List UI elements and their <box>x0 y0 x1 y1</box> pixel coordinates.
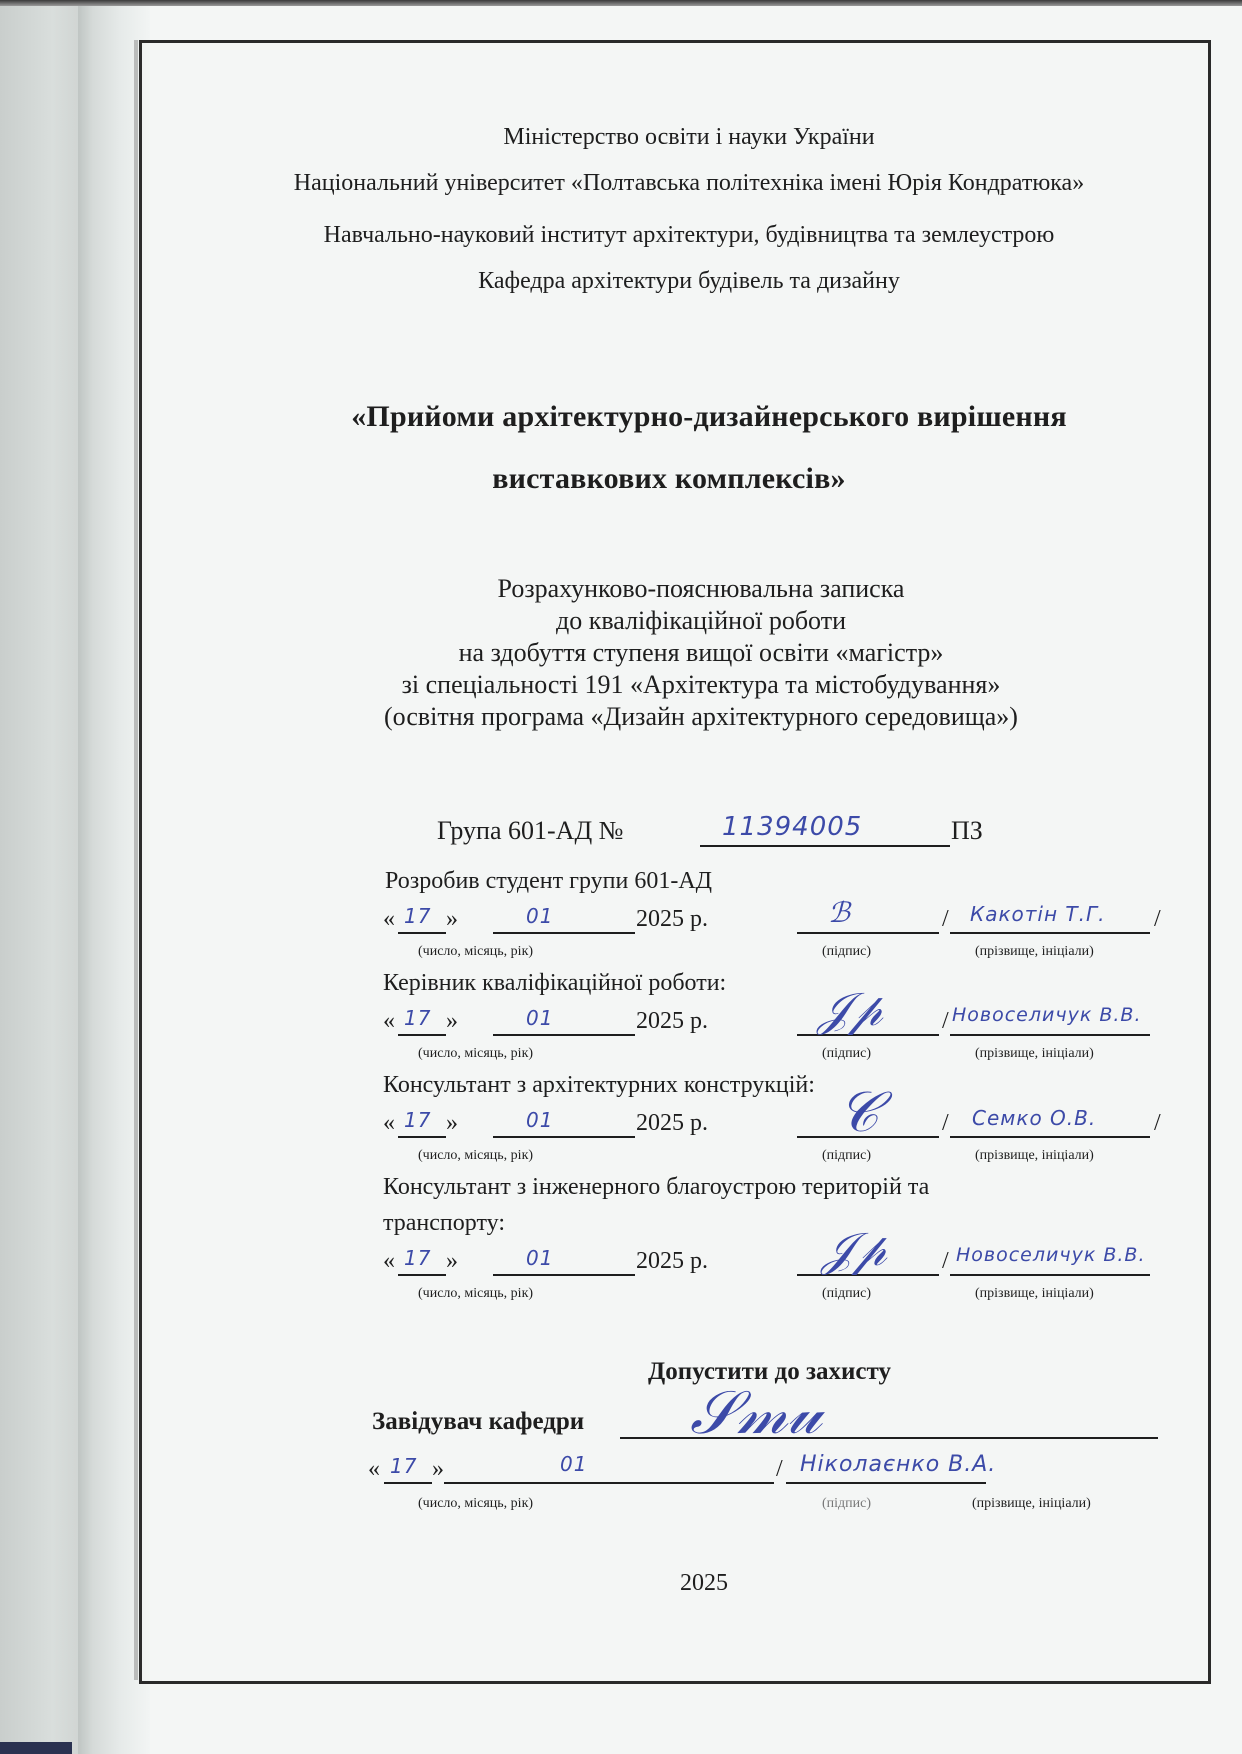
construction-consultant-name: Семко О.В. <box>972 1106 1096 1130</box>
name-caption: (прізвище, ініціали) <box>975 1148 1094 1164</box>
slash: / <box>1154 906 1161 933</box>
binding-strip <box>78 0 92 1754</box>
scan-bottom-edge <box>0 1742 72 1754</box>
name-underline <box>950 1136 1150 1138</box>
month-underline <box>493 932 635 934</box>
description-line-2: до кваліфікаційної роботи <box>80 606 1242 636</box>
student-day: 17 <box>404 904 431 928</box>
supervisor-year: 2025 р. <box>636 1008 708 1035</box>
supervisor-role: Керівник кваліфікаційної роботи: <box>383 970 726 997</box>
name-caption: (прізвище, ініціали) <box>975 1046 1094 1062</box>
quote-open: « <box>383 1008 395 1035</box>
month-underline <box>493 1136 635 1138</box>
name-caption: (прізвище, ініціали) <box>975 944 1094 960</box>
date-caption: (число, місяць, рік) <box>418 1496 533 1512</box>
day-underline <box>384 1482 432 1484</box>
name-underline <box>786 1482 986 1484</box>
construction-consultant-signature: 𝒞 <box>838 1080 879 1146</box>
signature-underline <box>797 932 939 934</box>
day-underline <box>398 932 446 934</box>
thesis-title-line-2: виставкових комплексів» <box>48 462 1242 496</box>
month-underline <box>493 1034 635 1036</box>
quote-close: » <box>446 1248 458 1275</box>
supervisor-name: Новоселичук В.В. <box>952 1004 1142 1026</box>
landscaping-consultant-signature: 𝒥𝓅 <box>822 1222 887 1278</box>
approval-name: Ніколаєнко В.А. <box>800 1452 996 1477</box>
group-label: Група 601-АД № <box>437 816 623 846</box>
name-caption: (прізвище, ініціали) <box>975 1286 1094 1302</box>
quote-close: » <box>446 1110 458 1137</box>
student-name: Какотін Т.Г. <box>970 902 1106 926</box>
student-year: 2025 р. <box>636 906 708 933</box>
landscaping-consultant-month: 01 <box>526 1246 553 1270</box>
document-suffix: ПЗ <box>951 816 983 846</box>
description-line-3: на здобуття ступеня вищої освіти «магіст… <box>80 638 1242 668</box>
approval-month: 01 <box>560 1452 587 1476</box>
signature-caption: (підпис) <box>822 1286 871 1302</box>
department-name: Кафедра архітектури будівель та дизайну <box>68 268 1242 295</box>
slash: / <box>942 1248 949 1275</box>
description-line-4: зі спеціальності 191 «Архітектура та міс… <box>80 670 1242 700</box>
supervisor-month: 01 <box>526 1006 553 1030</box>
head-of-department-signature: 𝒮𝓂𝓊 <box>690 1378 821 1448</box>
date-caption: (число, місяць, рік) <box>418 1148 533 1164</box>
name-underline <box>950 1034 1150 1036</box>
slash: / <box>1154 1110 1161 1137</box>
slash: / <box>776 1456 783 1483</box>
supervisor-signature: 𝒥𝓅 <box>818 982 883 1038</box>
slash: / <box>942 906 949 933</box>
slash: / <box>942 1110 949 1137</box>
supervisor-day: 17 <box>404 1006 431 1030</box>
construction-consultant-role: Консультант з архітектурних конструкцій: <box>383 1072 815 1099</box>
approval-day: 17 <box>390 1454 417 1478</box>
construction-consultant-month: 01 <box>526 1108 553 1132</box>
signature-caption: (підпис) <box>822 1046 871 1062</box>
date-caption: (число, місяць, рік) <box>418 1046 533 1062</box>
name-underline <box>950 1274 1150 1276</box>
month-underline <box>493 1274 635 1276</box>
landscaping-consultant-year: 2025 р. <box>636 1248 708 1275</box>
student-role: Розробив студент групи 601-АД <box>385 868 712 895</box>
name-caption: (прізвище, ініціали) <box>972 1496 1091 1512</box>
date-caption: (число, місяць, рік) <box>418 1286 533 1302</box>
description-line-1: Розрахунково-пояснювальна записка <box>80 574 1242 604</box>
document-number: 11394005 <box>722 812 862 842</box>
construction-consultant-day: 17 <box>404 1108 431 1132</box>
quote-open: « <box>383 1110 395 1137</box>
date-caption: (число, місяць, рік) <box>418 944 533 960</box>
ministry-name: Міністерство освіти і науки України <box>68 124 1242 151</box>
quote-close: » <box>432 1456 444 1483</box>
thesis-title-line-1: «Прийоми архітектурно-дизайнерського вир… <box>88 400 1242 434</box>
name-underline <box>950 932 1150 934</box>
day-underline <box>398 1274 446 1276</box>
institute-name: Навчально-науковий інститут архітектури,… <box>68 222 1242 249</box>
month-underline <box>444 1482 774 1484</box>
day-underline <box>398 1136 446 1138</box>
quote-open: « <box>383 906 395 933</box>
landscaping-consultant-role-line-2: транспорту: <box>383 1210 505 1237</box>
quote-close: » <box>446 1008 458 1035</box>
construction-consultant-year: 2025 р. <box>636 1110 708 1137</box>
quote-open: « <box>383 1248 395 1275</box>
landscaping-consultant-name: Новоселичук В.В. <box>956 1244 1146 1266</box>
signature-caption: (підпис) <box>822 944 871 960</box>
quote-close: » <box>446 906 458 933</box>
description-line-5: (освітня програма «Дизайн архітектурного… <box>80 702 1242 732</box>
student-month: 01 <box>526 904 553 928</box>
quote-open: « <box>368 1456 380 1483</box>
book-binding-shadow <box>0 0 150 1754</box>
university-name: Національний університет «Полтавська пол… <box>68 170 1242 197</box>
student-signature: ℬ <box>828 896 850 929</box>
scan-top-edge <box>0 0 1242 6</box>
document-number-underline <box>700 845 950 847</box>
slash: / <box>942 1008 949 1035</box>
landscaping-consultant-role-line-1: Консультант з інженерного благоустрою те… <box>383 1174 929 1201</box>
footer-year: 2025 <box>680 1570 728 1597</box>
signature-caption: (підпис) <box>822 1496 871 1512</box>
head-of-department-role: Завідувач кафедри <box>372 1408 584 1436</box>
signature-caption: (підпис) <box>822 1148 871 1164</box>
landscaping-consultant-day: 17 <box>404 1246 431 1270</box>
day-underline <box>398 1034 446 1036</box>
